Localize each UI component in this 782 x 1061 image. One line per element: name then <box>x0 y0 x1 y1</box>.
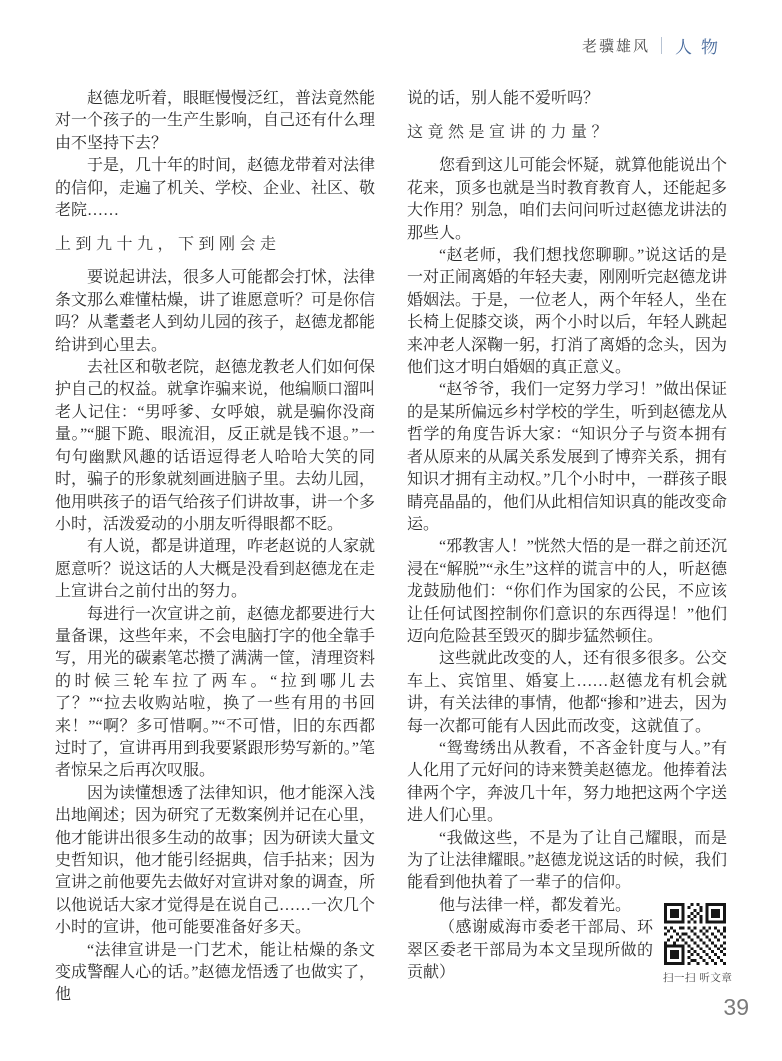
magazine-page: 老骥雄风 人物 赵德龙听着，眼眶慢慢泛红，普法竟然能对一个孩子的一生产生影响，自… <box>0 0 782 1061</box>
paragraph: “我做这些，不是为了让自己耀眼，而是为了让法律耀眼。”赵德龙说这话的时候，我们能… <box>407 828 727 895</box>
paragraph: “鸳鸯绣出从教看，不吝金针度与人。”有人化用了元好问的诗来赞美赵德龙。他捧着法律… <box>407 738 727 828</box>
paragraph: “赵爷爷，我们一定努力学习！”做出保证的是某所偏远乡村学校的学生，听到赵德龙从哲… <box>407 379 727 536</box>
paragraph: 有人说，都是讲道理，咋老赵说的人家就愿意听？说这话的人大概是没看到赵德龙在走上宣… <box>55 536 375 603</box>
magazine-title: 老骥雄风 <box>582 35 650 56</box>
paragraph: “赵老师，我们想找您聊聊。”说这话的是一对正闹离婚的年轻夫妻，刚刚听完赵德龙讲婚… <box>407 245 727 379</box>
left-column: 赵德龙听着，眼眶慢慢泛红，普法竟然能对一个孩子的一生产生影响，自己还有什么理由不… <box>55 88 375 1007</box>
paragraph: 于是，几十年的时间，赵德龙带着对法律的信仰，走遍了机关、学校、企业、社区、敬老院… <box>55 155 375 222</box>
section-heading: 上到九十九，下到刚会走 <box>55 234 375 256</box>
paragraph: 这些就此改变的人，还有很多很多。公交车上、宾馆里、婚宴上……赵德龙有机会就讲，有… <box>407 648 727 738</box>
qr-caption: 扫一扫 听文章 <box>663 970 727 985</box>
qr-block: 扫一扫 听文章 <box>663 903 727 985</box>
page-number: 39 <box>723 994 749 1021</box>
qr-code-icon <box>664 903 726 965</box>
section-heading: 这竟然是宣讲的力量？ <box>407 122 727 144</box>
paragraph: 赵德龙听着，眼眶慢慢泛红，普法竟然能对一个孩子的一生产生影响，自己还有什么理由不… <box>55 88 375 155</box>
paragraph: 每进行一次宣讲之前，赵德龙都要进行大量备课，这些年来，不会电脑打字的他全靠手写，… <box>55 604 375 783</box>
article-body: 赵德龙听着，眼眶慢慢泛红，普法竟然能对一个孩子的一生产生影响，自己还有什么理由不… <box>55 88 727 1007</box>
header-divider <box>661 37 662 54</box>
paragraph: 要说起讲法，很多人可能都会打怵，法律条文那么难懂枯燥，讲了谁愿意听？可是你信吗？… <box>55 267 375 357</box>
paragraph: 因为读懂想透了法律知识，他才能深入浅出地阐述；因为研究了无数案例并记在心里，他才… <box>55 783 375 940</box>
paragraph: “邪教害人！”恍然大悟的是一群之前还沉浸在“解脱”“永生”这样的谎言中的人，听赵… <box>407 536 727 648</box>
paragraph-continuation: 说的话，别人能不爱听吗？ <box>407 88 727 110</box>
page-header: 老骥雄风 人物 <box>582 33 727 58</box>
right-column: 说的话，别人能不爱听吗？ 这竟然是宣讲的力量？ 您看到这儿可能会怀疑，就算他能说… <box>407 88 727 1007</box>
section-name: 人物 <box>675 33 727 58</box>
paragraph: 您看到这儿可能会怀疑，就算他能说出个花来，顶多也就是当时教育教育人，还能起多大作… <box>407 155 727 245</box>
paragraph: “法律宣讲是一门艺术，能让枯燥的条文变成警醒人心的话。”赵德龙悟透了也做实了，他 <box>55 940 375 1007</box>
paragraph: 去社区和敬老院，赵德龙教老人们如何保护自己的权益。就拿诈骗来说，他编顺口溜叫老人… <box>55 357 375 536</box>
